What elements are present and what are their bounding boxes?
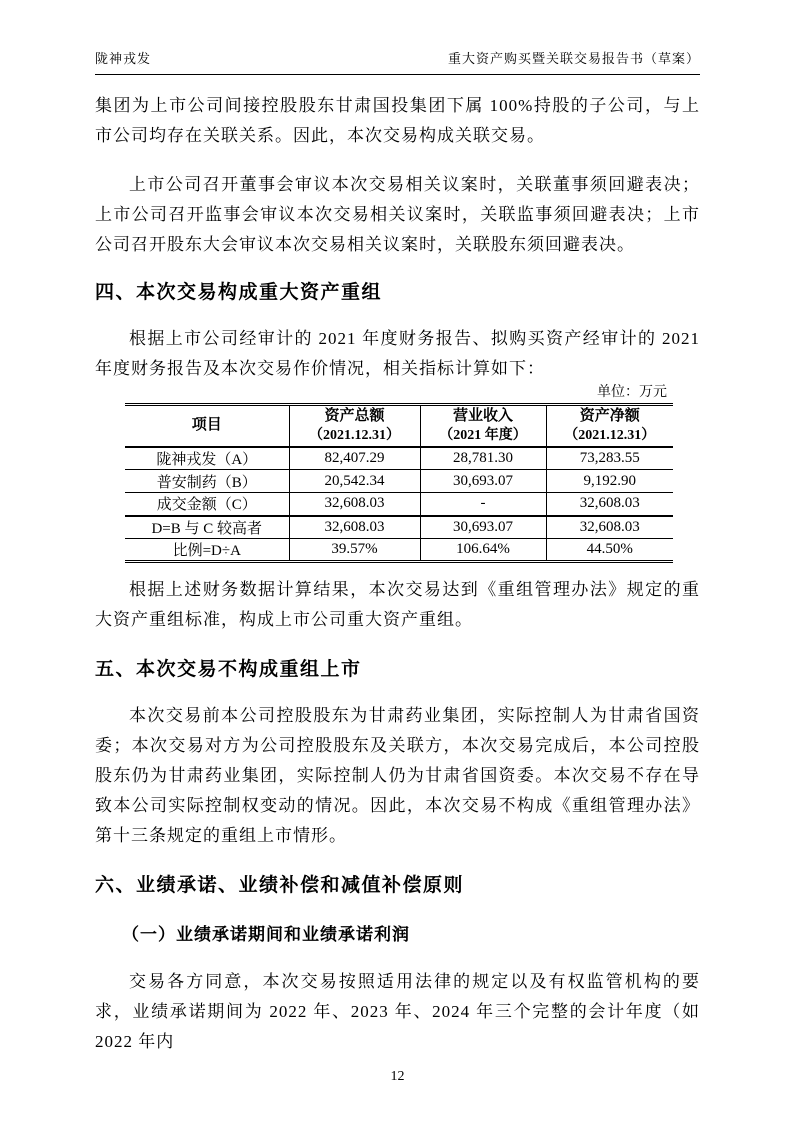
table-row-ratio: 比例=D÷A 39.57% 106.64% 44.50% — [125, 539, 673, 562]
header-company-name: 陇神戎发 — [95, 50, 151, 68]
table-row-higher-of-b-c: D=B 与 C 较高者 32,608.03 30,693.07 32,608.0… — [125, 516, 673, 539]
table-row-puan: 普安制药（B） 20,542.34 30,693.07 9,192.90 — [125, 470, 673, 493]
page-number: 12 — [391, 1069, 405, 1084]
paragraph-voting-avoidance: 上市公司召开董事会审议本次交易相关议案时，关联董事须回避表决；上市公司召开监事会… — [95, 170, 700, 260]
paragraph-section6-body: 交易各方同意，本次交易按照适用法律的规定以及有权监管机构的要求，业绩承诺期间为 … — [95, 967, 700, 1057]
major-asset-restructuring-table: 项目 资产总额 （2021.12.31） 营业收入 （2021 年度） 资产净额… — [125, 403, 673, 563]
page-footer: 12 — [95, 1069, 700, 1085]
col-header-total-assets: 资产总额 （2021.12.31） — [289, 405, 420, 447]
subsection-heading-6-1: （一）业绩承诺期间和业绩承诺利润 — [95, 923, 700, 947]
col-header-net-assets: 资产净额 （2021.12.31） — [546, 405, 673, 447]
header-report-title: 重大资产购买暨关联交易报告书（草案） — [448, 50, 700, 68]
col-header-operating-revenue: 营业收入 （2021 年度） — [420, 405, 546, 447]
running-header: 陇神戎发 重大资产购买暨关联交易报告书（草案） — [95, 50, 700, 75]
section-heading-4: 四、本次交易构成重大资产重组 — [95, 280, 700, 306]
table-row-deal-amount: 成交金额（C） 32,608.03 - 32,608.03 — [125, 493, 673, 516]
paragraph-related-transaction: 集团为上市公司间接控股股东甘肃国投集团下属 100%持股的子公司，与上市公司均存… — [95, 91, 700, 151]
table-header-row: 项目 资产总额 （2021.12.31） 营业收入 （2021 年度） 资产净额… — [125, 405, 673, 447]
document-page: 陇神戎发 重大资产购买暨关联交易报告书（草案） 集团为上市公司间接控股股东甘肃国… — [0, 0, 793, 1122]
paragraph-section5-body: 本次交易前本公司控股股东为甘肃药业集团，实际控制人为甘肃省国资委；本次交易对方为… — [95, 701, 700, 851]
paragraph-section4-intro: 根据上市公司经审计的 2021 年度财务报告、拟购买资产经审计的 2021 年度… — [95, 324, 700, 384]
section-heading-6: 六、业绩承诺、业绩补偿和减值补偿原则 — [95, 873, 700, 899]
table-row-longshen: 陇神戎发（A） 82,407.29 28,781.30 73,283.55 — [125, 447, 673, 470]
paragraph-section4-conclusion: 根据上述财务数据计算结果，本次交易达到《重组管理办法》规定的重大资产重组标准，构… — [95, 575, 700, 635]
col-header-item: 项目 — [125, 405, 289, 447]
section-heading-5: 五、本次交易不构成重组上市 — [95, 657, 700, 683]
table-unit-label: 单位：万元 — [95, 384, 700, 401]
